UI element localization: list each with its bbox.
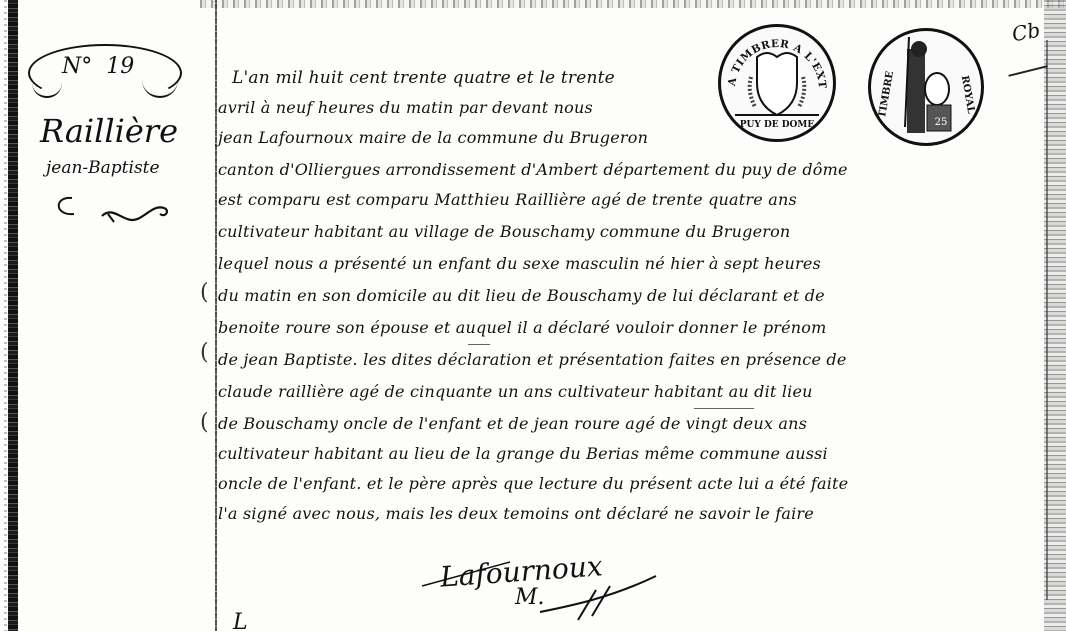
- shield-stamp-icon: A TIMBRER A L'EXTRAORD. PUY DE DOME: [721, 27, 833, 139]
- text-line-6: cultivateur habitant au village de Bousc…: [218, 222, 790, 241]
- corner-mark: Cb: [1010, 18, 1042, 47]
- svg-text:TIMBRE: TIMBRE: [877, 70, 896, 119]
- text-line-14: oncle de l'enfant. et le père après que …: [218, 474, 848, 493]
- seated-figure-stamp-icon: TIMBRE ROYAL 25: [871, 31, 981, 143]
- text-line-12: de Bouschamy oncle de l'enfant et de jea…: [218, 414, 807, 433]
- text-line-7: lequel nous a présenté un enfant du sexe…: [218, 254, 821, 273]
- right-edge-line: [1046, 40, 1048, 600]
- text-line-9: benoite roure son épouse et auquel il a …: [218, 318, 827, 337]
- book-binding: [8, 0, 18, 631]
- entry-number: N°19: [62, 54, 134, 79]
- mayor-title-abbrev: M.: [515, 585, 545, 610]
- insertion-mark: (: [200, 410, 209, 435]
- insertion-mark: (: [200, 280, 209, 305]
- text-line-5: est comparu est comparu Matthieu Railliè…: [218, 190, 797, 209]
- flourish-ornament-icon: [52, 190, 172, 230]
- stamp-timbre-royal: TIMBRE ROYAL 25: [868, 28, 984, 146]
- text-line-4: canton d'Olliergues arrondissement d'Amb…: [218, 160, 848, 179]
- text-line-11: claude raillière agé de cinquante un ans…: [218, 382, 813, 401]
- insertion-mark: (: [200, 340, 209, 365]
- margin-rule-line: [215, 0, 217, 631]
- margin-surname: Raillière: [40, 112, 178, 150]
- stamp-a-timbrer-extraord: A TIMBRER A L'EXTRAORD. PUY DE DOME: [718, 24, 836, 142]
- text-line-8: du matin en son domicile au dit lieu de …: [218, 286, 825, 305]
- text-line-15: l'a signé avec nous, mais les deux temoi…: [218, 504, 814, 523]
- ink-underline: [468, 344, 490, 345]
- corner-mark-underline: [1008, 65, 1047, 77]
- text-line-10: de jean Baptiste. les dites déclaration …: [218, 350, 847, 369]
- binding-edge: [4, 0, 7, 631]
- margin-given-names: jean-Baptiste: [46, 158, 160, 178]
- text-line-3: jean Lafournoux maire de la commune du B…: [218, 128, 648, 147]
- ink-underline: [694, 408, 754, 409]
- entry-number-prefix: N°: [62, 54, 92, 79]
- scanned-register-page: N°19 Raillière jean-Baptiste A TIMBRER A…: [0, 0, 1066, 631]
- scan-noise-top: [200, 0, 1066, 8]
- entry-number-value: 19: [106, 54, 134, 79]
- svg-text:25: 25: [935, 117, 948, 128]
- text-line-2: avril à neuf heures du matin par devant …: [218, 98, 593, 117]
- text-line-1: L'an mil huit cent trente quatre et le t…: [232, 68, 615, 88]
- svg-text:PUY DE DOME: PUY DE DOME: [740, 120, 815, 130]
- svg-text:ROYAL: ROYAL: [959, 75, 976, 115]
- text-line-13: cultivateur habitant au lieu de la grang…: [218, 444, 828, 463]
- margin-annotation: N°19 Raillière jean-Baptiste: [22, 40, 212, 240]
- next-entry-start: L: [233, 610, 248, 631]
